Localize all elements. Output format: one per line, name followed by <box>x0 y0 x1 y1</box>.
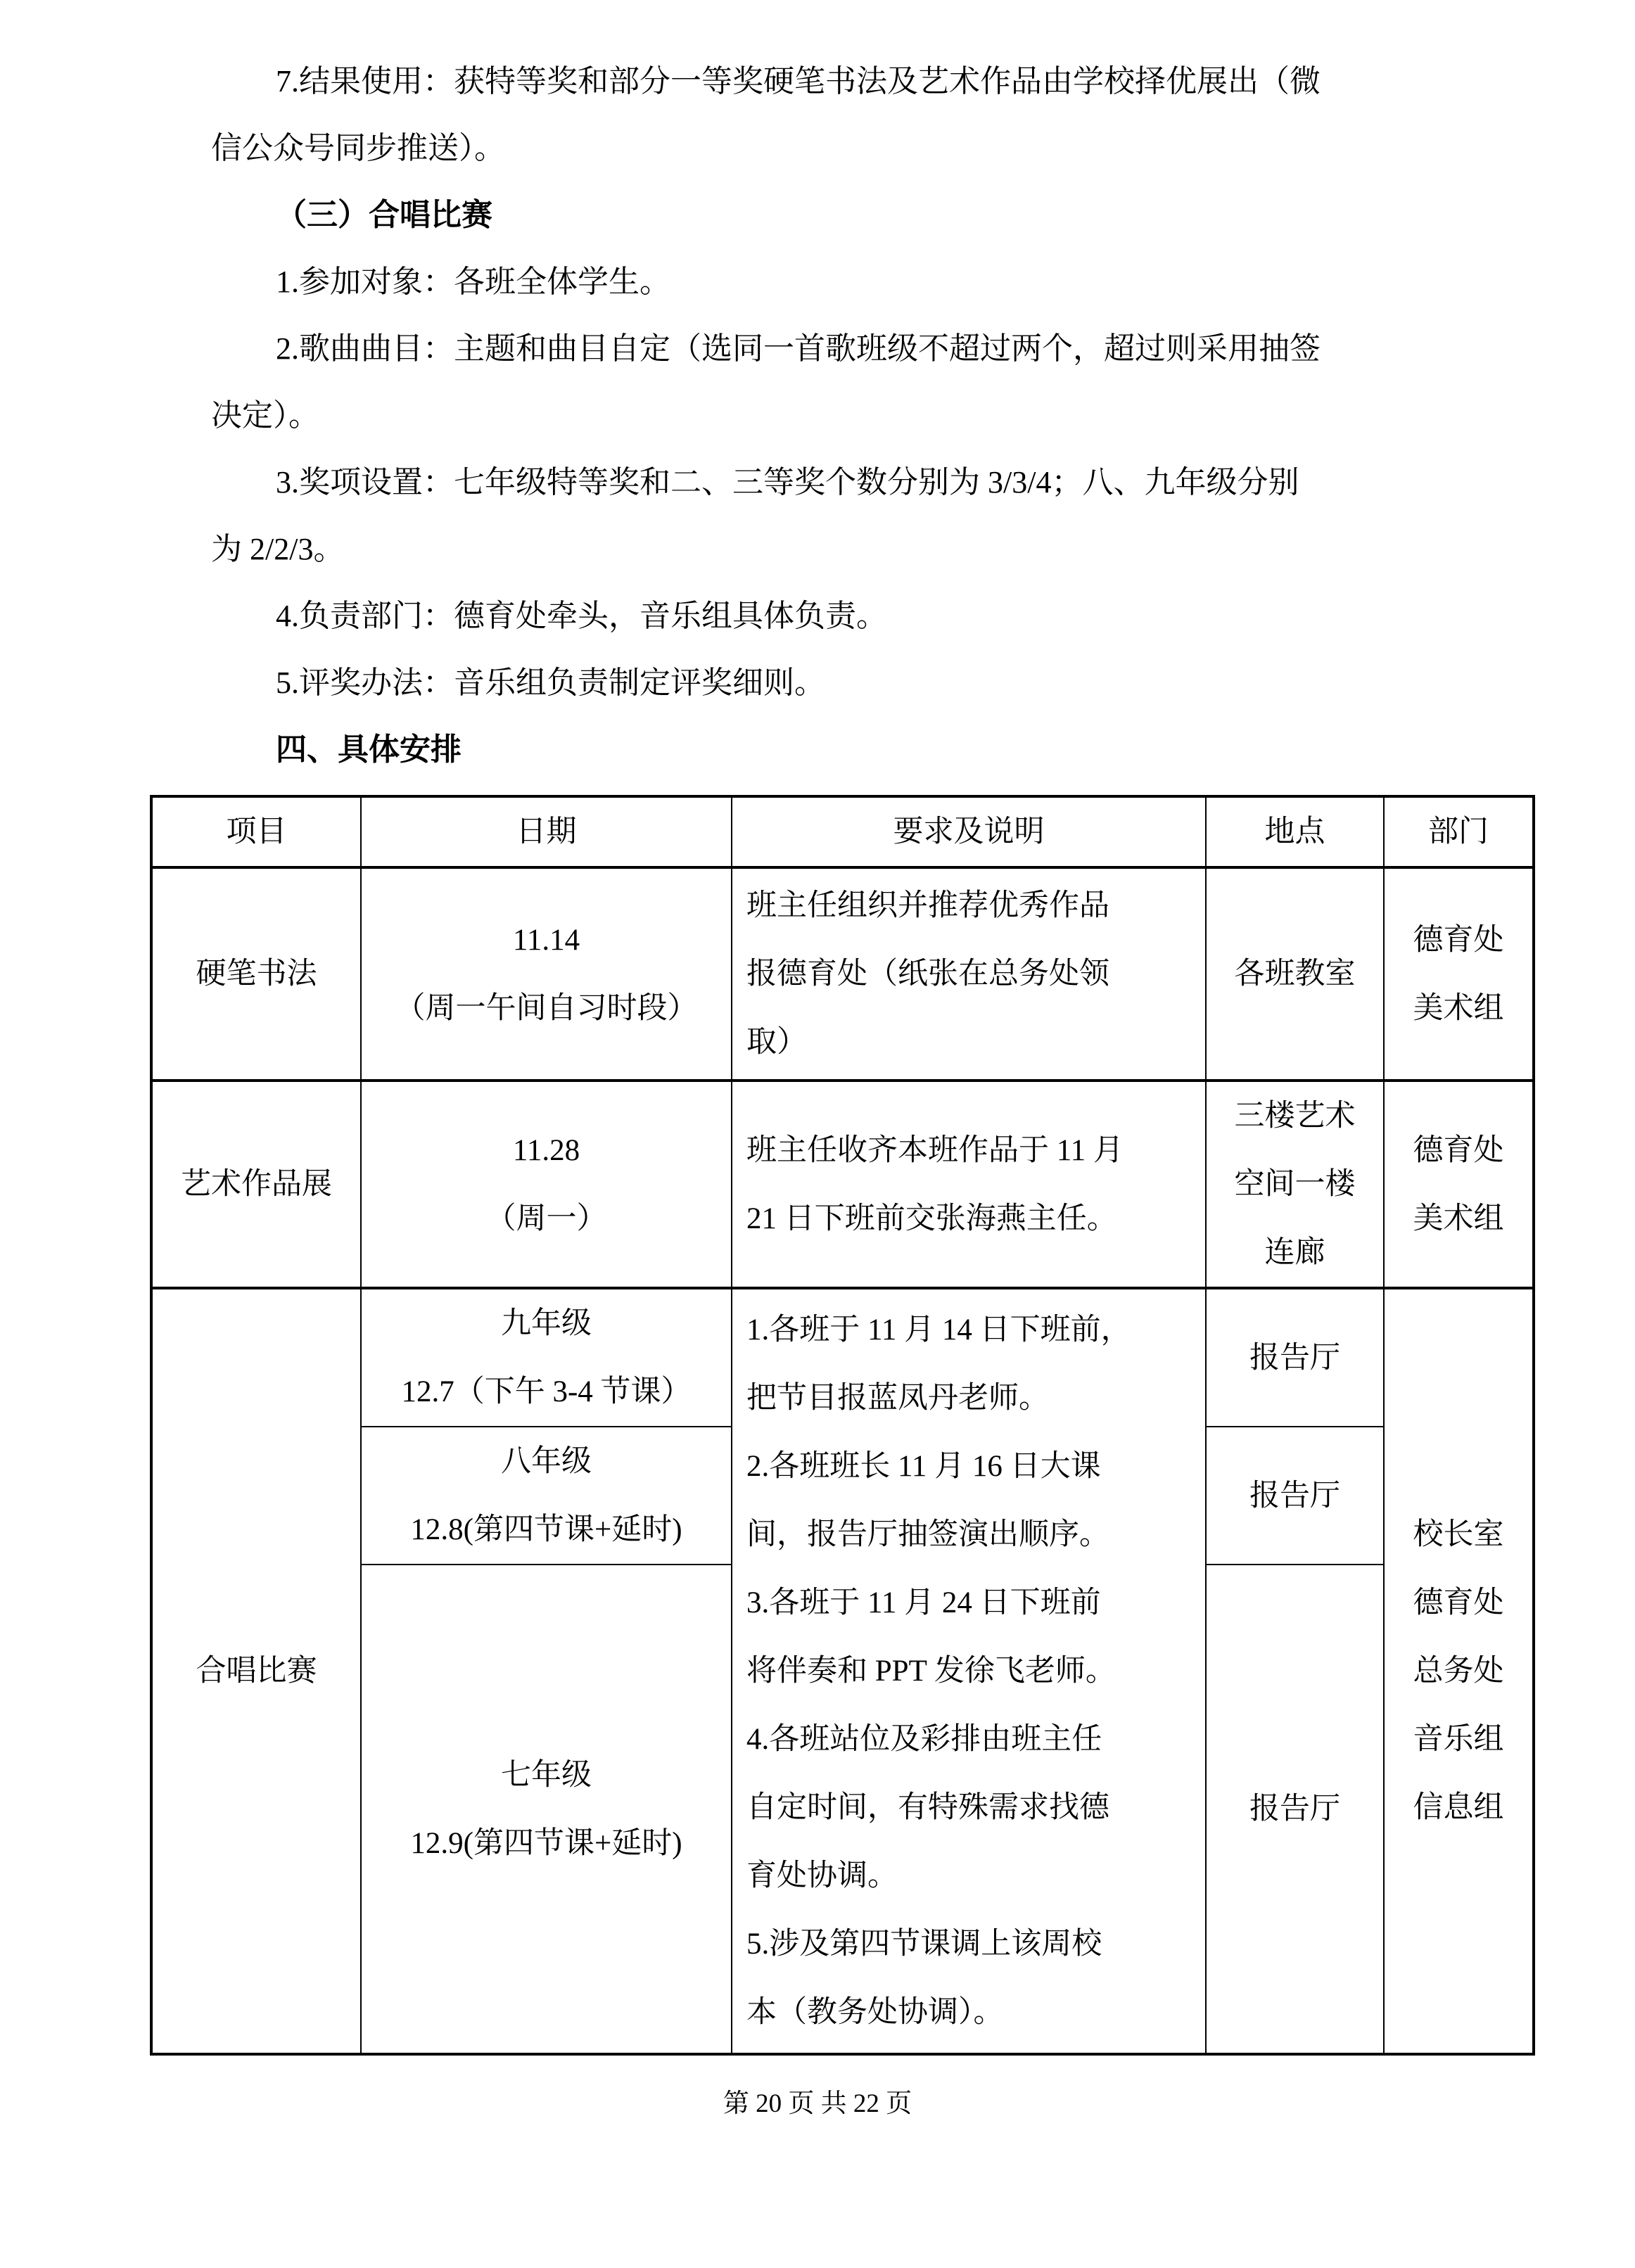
cell-date: 11.28 （周一） <box>361 1081 732 1288</box>
cell-location-grade9: 报告厅 <box>1206 1288 1384 1427</box>
schedule-table: 项目 日期 要求及说明 地点 部门 硬笔书法 11.14 （周一午间自习时段） … <box>150 795 1535 2056</box>
cell-departments-chorus: 校长室 德育处 总务处 音乐组 信息组 <box>1384 1288 1534 2054</box>
cell-location-grade8: 报告厅 <box>1206 1427 1384 1565</box>
cell-location-grade7: 报告厅 <box>1206 1565 1384 2054</box>
row-calligraphy: 硬笔书法 11.14 （周一午间自习时段） 班主任组织并推荐优秀作品 报德育处（… <box>151 867 1534 1081</box>
cell-requirements-chorus: 1.各班于 11 月 14 日下班前， 把节目报蓝凤丹老师。 2.各班班长 11… <box>732 1288 1206 2054</box>
cell-departments: 德育处 美术组 <box>1384 1081 1534 1288</box>
document-page: 7.结果使用：获特等奖和部分一等奖硬笔书法及艺术作品由学校择优展出（微 信公众号… <box>0 0 1635 2268</box>
cell-location: 各班教室 <box>1206 867 1384 1081</box>
cell-item: 硬笔书法 <box>151 867 361 1081</box>
header-item: 项目 <box>151 796 361 867</box>
row-art-exhibition: 艺术作品展 11.28 （周一） 班主任收齐本班作品于 11 月 21 日下班前… <box>151 1081 1534 1288</box>
cell-location: 三楼艺术 空间一楼 连廊 <box>1206 1081 1384 1288</box>
header-date: 日期 <box>361 796 732 867</box>
body-paragraphs: 7.结果使用：获特等奖和部分一等奖硬笔书法及艺术作品由学校择优展出（微 信公众号… <box>0 48 1635 783</box>
paragraph-line: 7.结果使用：获特等奖和部分一等奖硬笔书法及艺术作品由学校择优展出（微 <box>0 48 1635 115</box>
section-heading: 四、具体安排 <box>0 716 1635 783</box>
header-location: 地点 <box>1206 796 1384 867</box>
header-department: 部门 <box>1384 796 1534 867</box>
cell-date-grade9: 九年级 12.7（下午 3-4 节课） <box>361 1288 732 1427</box>
cell-item-chorus: 合唱比赛 <box>151 1288 361 2054</box>
cell-requirements: 班主任组织并推荐优秀作品 报德育处（纸张在总务处领 取） <box>732 867 1206 1081</box>
cell-date-grade8: 八年级 12.8(第四节课+延时) <box>361 1427 732 1565</box>
header-requirements: 要求及说明 <box>732 796 1206 867</box>
cell-requirements: 班主任收齐本班作品于 11 月 21 日下班前交张海燕主任。 <box>732 1081 1206 1288</box>
section-heading: （三）合唱比赛 <box>0 181 1635 248</box>
cell-departments: 德育处 美术组 <box>1384 867 1534 1081</box>
paragraph-line: 5.评奖办法：音乐组负责制定评奖细则。 <box>0 649 1635 716</box>
paragraph-line: 为 2/2/3。 <box>0 516 1635 582</box>
cell-item: 艺术作品展 <box>151 1081 361 1288</box>
paragraph-line: 1.参加对象：各班全体学生。 <box>0 248 1635 315</box>
row-chorus-grade9: 合唱比赛 九年级 12.7（下午 3-4 节课） 1.各班于 11 月 14 日… <box>151 1288 1534 1427</box>
paragraph-line: 4.负责部门：德育处牵头，音乐组具体负责。 <box>0 582 1635 649</box>
paragraph-line: 3.奖项设置：七年级特等奖和二、三等奖个数分别为 3/3/4；八、九年级分别 <box>0 449 1635 516</box>
paragraph-line: 信公众号同步推送）。 <box>0 115 1635 181</box>
paragraph-line: 决定）。 <box>0 382 1635 449</box>
page-footer: 第 20 页 共 22 页 <box>0 2070 1635 2137</box>
cell-date: 11.14 （周一午间自习时段） <box>361 867 732 1081</box>
paragraph-line: 2.歌曲曲目：主题和曲目自定（选同一首歌班级不超过两个，超过则采用抽签 <box>0 315 1635 382</box>
table-header-row: 项目 日期 要求及说明 地点 部门 <box>151 796 1534 867</box>
cell-date-grade7: 七年级 12.9(第四节课+延时) <box>361 1565 732 2054</box>
